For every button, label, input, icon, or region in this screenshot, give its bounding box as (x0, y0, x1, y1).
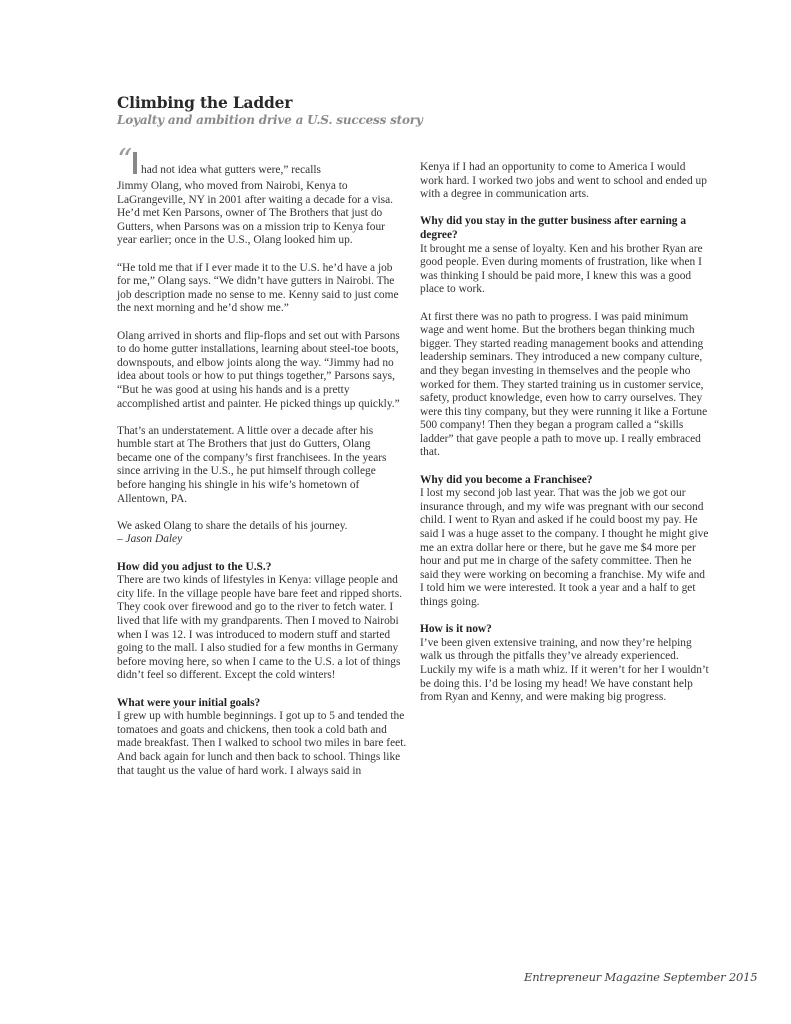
page-footer-publication: Entrepreneur Magazine September 2015 (524, 970, 757, 984)
article-title: Climbing the Ladder (117, 93, 292, 112)
qa-answer-continued: Kenya if I had an opportunity to come to… (420, 161, 710, 202)
intro-closing-text: We asked Olang to share the details of h… (117, 520, 348, 532)
right-column: Kenya if I had an opportunity to come to… (420, 161, 710, 718)
dropcap-first-line: had not idea what gutters were,” recalls (141, 164, 321, 178)
intro-closing: We asked Olang to share the details of h… (117, 520, 407, 547)
qa-block: How did you adjust to the U.S.? There ar… (117, 561, 407, 683)
intro-paragraph: “He told me that if I ever made it to th… (117, 262, 407, 316)
intro-paragraph: Jimmy Olang, who moved from Nairobi, Ken… (117, 180, 407, 248)
magazine-page: Climbing the Ladder Loyalty and ambition… (0, 0, 791, 1024)
qa-answer: I’ve been given extensive training, and … (420, 637, 710, 705)
qa-block: Why did you stay in the gutter business … (420, 215, 710, 460)
dropcap-opening: “ had not idea what gutters were,” recal… (117, 150, 407, 180)
byline: – Jason Daley (117, 533, 182, 545)
qa-question: Why did you stay in the gutter business … (420, 215, 710, 242)
qa-question: Why did you become a Franchisee? (420, 474, 710, 488)
dropcap-letter-i (133, 152, 137, 174)
intro-paragraph: Olang arrived in shorts and flip-flops a… (117, 330, 407, 412)
qa-block: What were your initial goals? I grew up … (117, 697, 407, 779)
qa-question: How is it now? (420, 623, 710, 637)
qa-answer-extra: At first there was no path to progress. … (420, 311, 710, 461)
qa-question: What were your initial goals? (117, 697, 407, 711)
qa-answer: There are two kinds of lifestyles in Ken… (117, 574, 407, 683)
qa-answer: I lost my second job last year. That was… (420, 487, 710, 609)
left-column: “ had not idea what gutters were,” recal… (117, 150, 407, 792)
qa-answer: I grew up with humble beginnings. I got … (117, 710, 407, 778)
qa-question: How did you adjust to the U.S.? (117, 561, 407, 575)
intro-paragraph: That’s an understatement. A little over … (117, 425, 407, 507)
qa-block: How is it now? I’ve been given extensive… (420, 623, 710, 705)
article-subtitle: Loyalty and ambition drive a U.S. succes… (117, 113, 423, 127)
qa-block: Why did you become a Franchisee? I lost … (420, 474, 710, 610)
qa-answer: It brought me a sense of loyalty. Ken an… (420, 243, 710, 297)
open-quote-glyph: “ (117, 146, 132, 176)
